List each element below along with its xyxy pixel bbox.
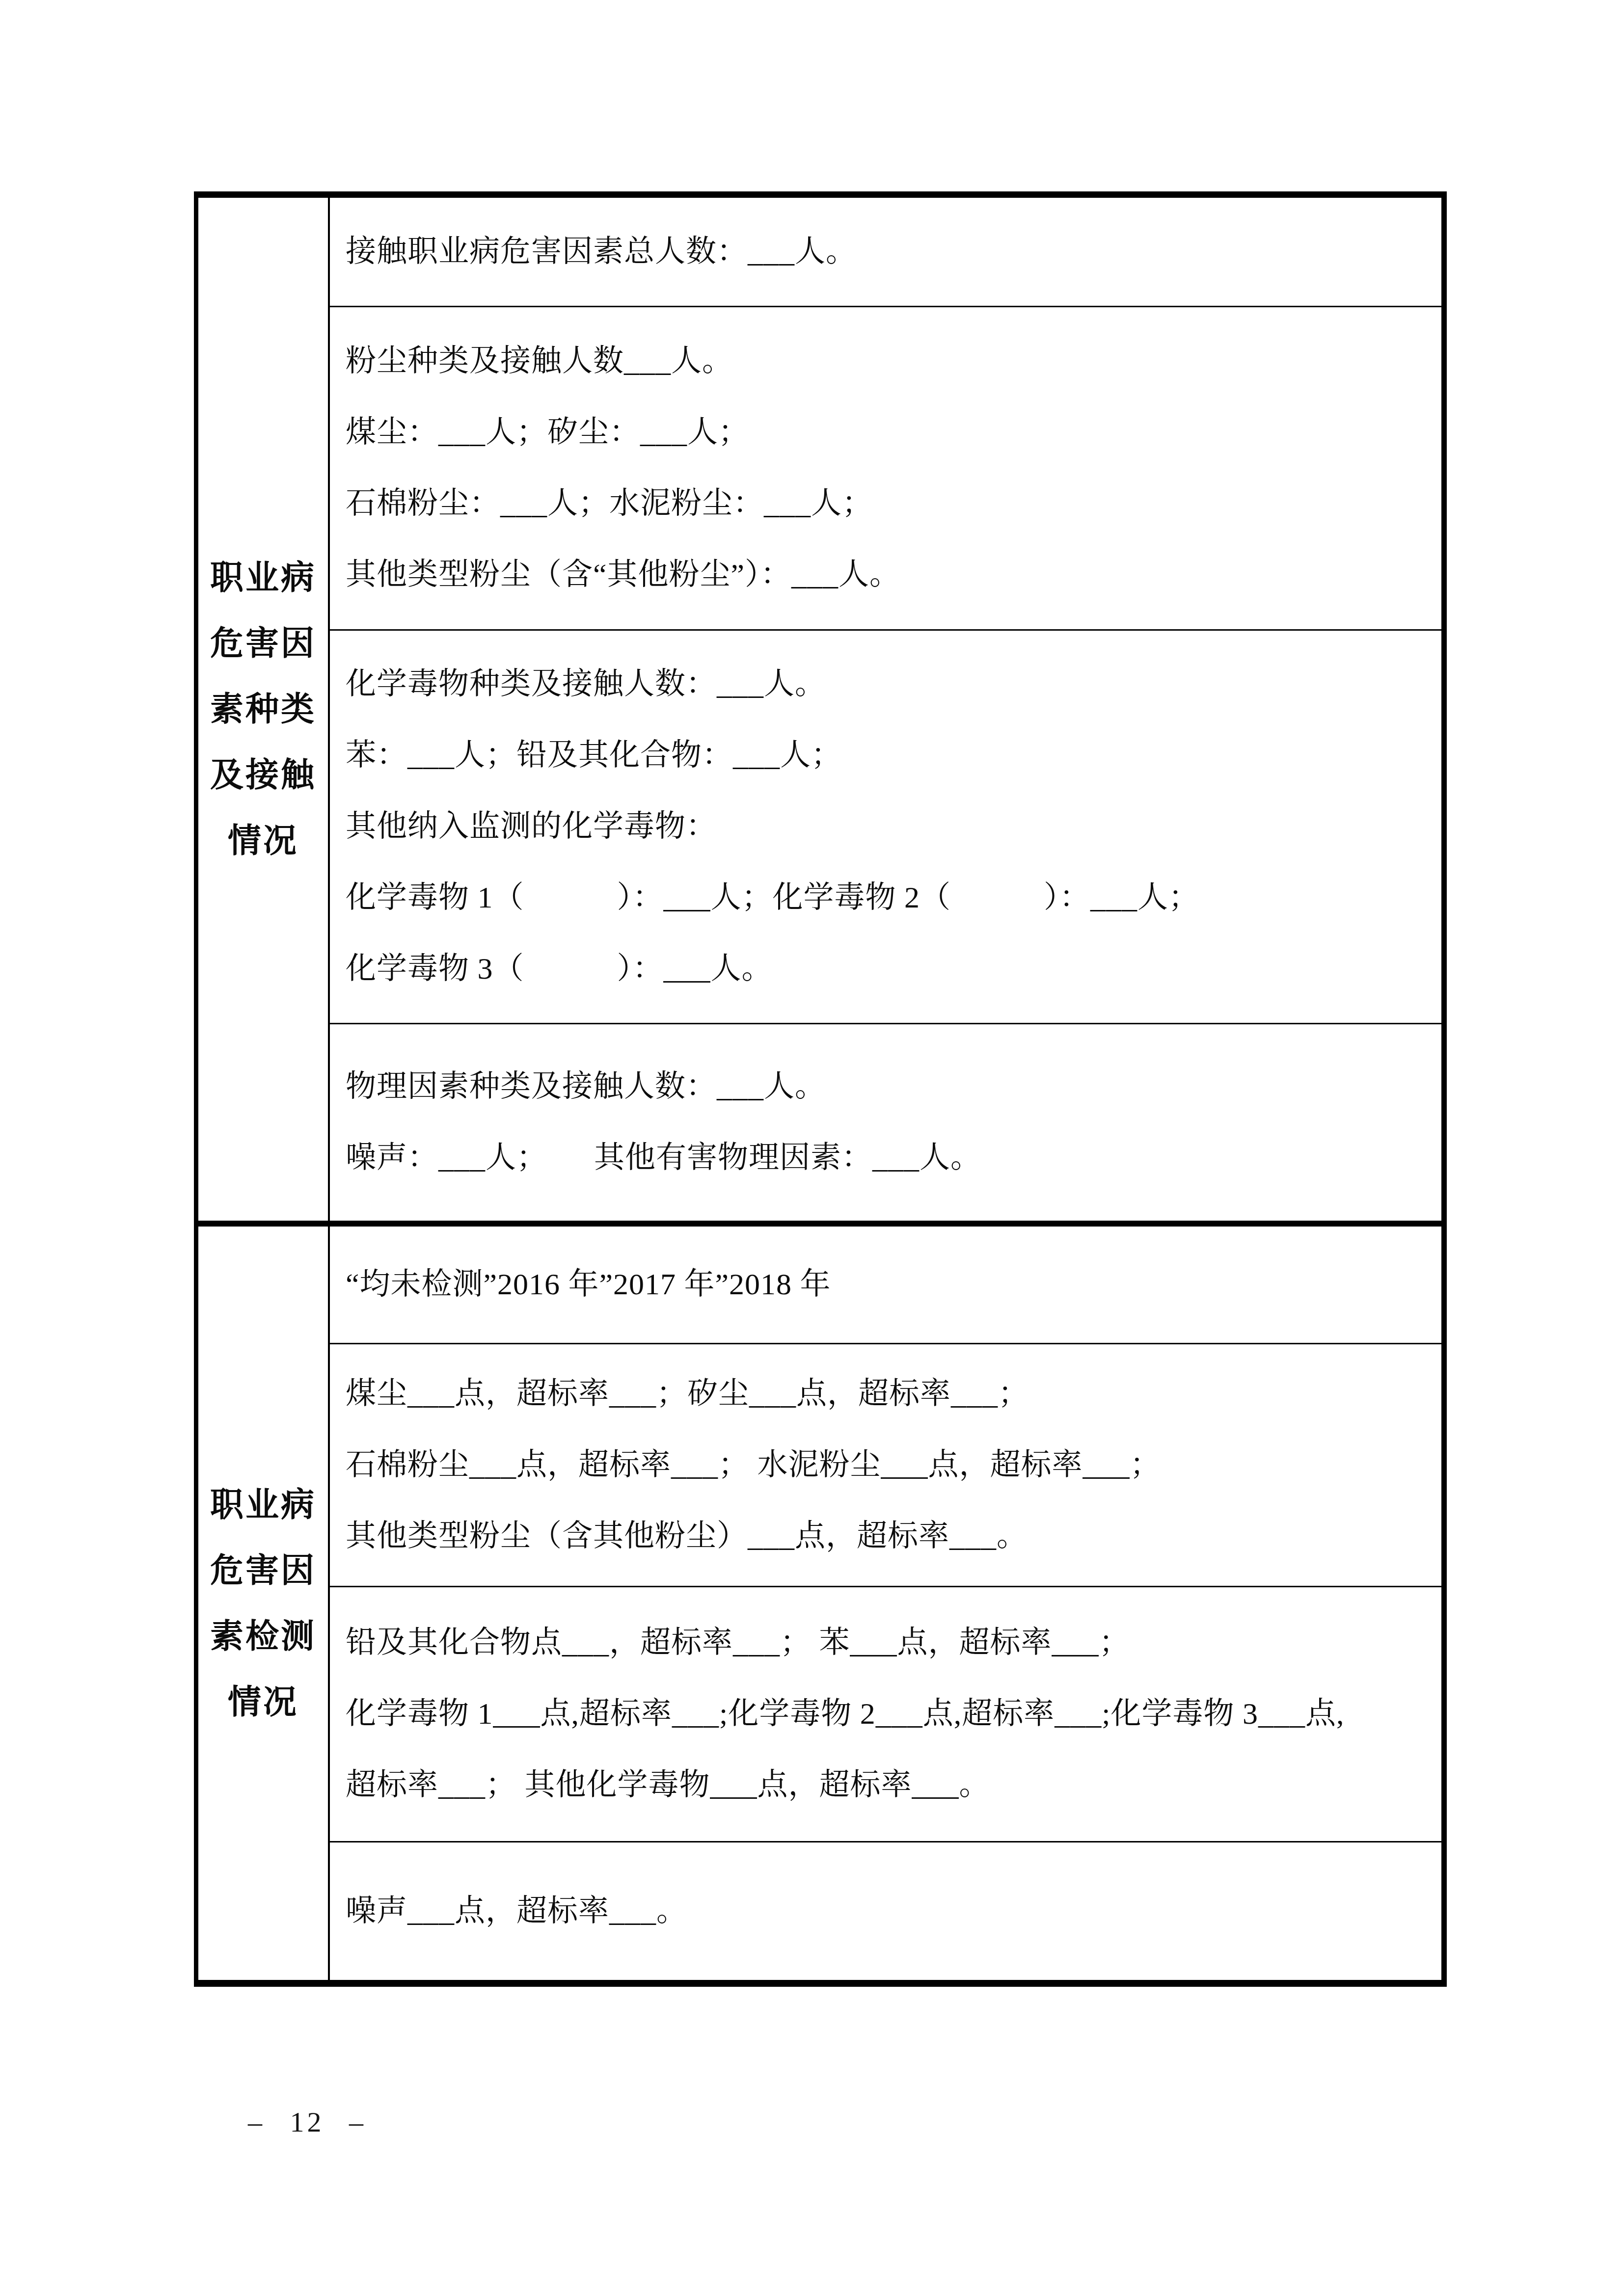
header-line: 素种类 — [210, 676, 316, 742]
row-physical-exposure: 物理因素种类及接触人数：___人。 噪声：___人； 其他有害物理因素：___人… — [330, 1024, 1441, 1221]
form-line: 物理因素种类及接触人数：___人。 — [346, 1051, 1434, 1122]
form-line: 石棉粉尘___点，超标率___； 水泥粉尘___点，超标率___； — [346, 1430, 1434, 1501]
row-detection-years: “均未检测”2016 年”2017 年”2018 年 — [330, 1227, 1441, 1344]
form-line: 铅及其化合物点___，超标率___； 苯___点，超标率___； — [346, 1607, 1434, 1679]
form-line: 粉尘种类及接触人数___人。 — [346, 326, 1434, 397]
section-hazard-detection-content: “均未检测”2016 年”2017 年”2018 年 煤尘___点，超标率___… — [330, 1227, 1441, 1980]
form-line: 化学毒物 3（ ）：___人。 — [346, 934, 1434, 1005]
header-line: 危害因 — [210, 1538, 316, 1603]
form-line: 石棉粉尘：___人；水泥粉尘：___人； — [346, 468, 1434, 539]
header-line: 职业病 — [210, 1472, 316, 1538]
form-line: 煤尘___点，超标率___；矽尘___点，超标率___； — [346, 1359, 1434, 1430]
form-line: 超标率___； 其他化学毒物___点，超标率___。 — [346, 1750, 1434, 1821]
page-number: – 12 – — [248, 2106, 366, 2138]
row-noise-detection: 噪声___点，超标率___。 — [330, 1842, 1441, 1980]
scanned-form-page: 职业病 危害因 素种类 及接触 情况 接触职业病危害因素总人数：___人。 粉尘… — [0, 0, 1624, 2296]
row-dust-exposure: 粉尘种类及接触人数___人。 煤尘：___人；矽尘：___人； 石棉粉尘：___… — [330, 307, 1441, 631]
form-line: 苯：___人；铅及其化合物：___人； — [346, 720, 1434, 791]
header-line: 情况 — [228, 808, 298, 874]
form-line: 噪声___点，超标率___。 — [346, 1876, 1434, 1947]
header-line: 职业病 — [210, 545, 316, 611]
form-line: 化学毒物种类及接触人数：___人。 — [346, 649, 1434, 720]
section-hazard-exposure-content: 接触职业病危害因素总人数：___人。 粉尘种类及接触人数___人。 煤尘：___… — [330, 198, 1441, 1221]
form-line: 化学毒物 1___点,超标率___;化学毒物 2___点,超标率___;化学毒物… — [346, 1679, 1434, 1750]
form-line: “均未检测”2016 年”2017 年”2018 年 — [346, 1249, 1434, 1320]
section-hazard-exposure: 职业病 危害因 素种类 及接触 情况 接触职业病危害因素总人数：___人。 粉尘… — [198, 198, 1441, 1227]
form-line: 接触职业病危害因素总人数：___人。 — [346, 216, 1434, 288]
header-hazard-detection: 职业病 危害因 素检测 情况 — [198, 1227, 330, 1980]
header-line: 危害因 — [210, 611, 316, 676]
row-dust-detection: 煤尘___点，超标率___；矽尘___点，超标率___； 石棉粉尘___点，超标… — [330, 1344, 1441, 1587]
form-line: 其他类型粉尘（含“其他粉尘”）：___人。 — [346, 539, 1434, 611]
row-chemical-exposure: 化学毒物种类及接触人数：___人。 苯：___人；铅及其化合物：___人； 其他… — [330, 631, 1441, 1024]
form-line: 化学毒物 1（ ）：___人；化学毒物 2（ ）：___人； — [346, 862, 1434, 934]
row-total-exposed: 接触职业病危害因素总人数：___人。 — [330, 198, 1441, 307]
section-hazard-detection: 职业病 危害因 素检测 情况 “均未检测”2016 年”2017 年”2018 … — [198, 1227, 1441, 1980]
hazard-factors-table: 职业病 危害因 素种类 及接触 情况 接触职业病危害因素总人数：___人。 粉尘… — [194, 191, 1447, 1987]
header-line: 素检测 — [210, 1603, 316, 1669]
row-chemical-detection: 铅及其化合物点___，超标率___； 苯___点，超标率___； 化学毒物 1_… — [330, 1587, 1441, 1842]
form-line: 其他纳入监测的化学毒物： — [346, 791, 1434, 862]
form-line: 噪声：___人； 其他有害物理因素：___人。 — [346, 1122, 1434, 1194]
header-line: 及接触 — [210, 742, 316, 808]
header-line: 情况 — [228, 1669, 298, 1735]
header-hazard-exposure: 职业病 危害因 素种类 及接触 情况 — [198, 198, 330, 1221]
form-line: 其他类型粉尘（含其他粉尘）___点，超标率___。 — [346, 1501, 1434, 1572]
form-line: 煤尘：___人；矽尘：___人； — [346, 397, 1434, 468]
